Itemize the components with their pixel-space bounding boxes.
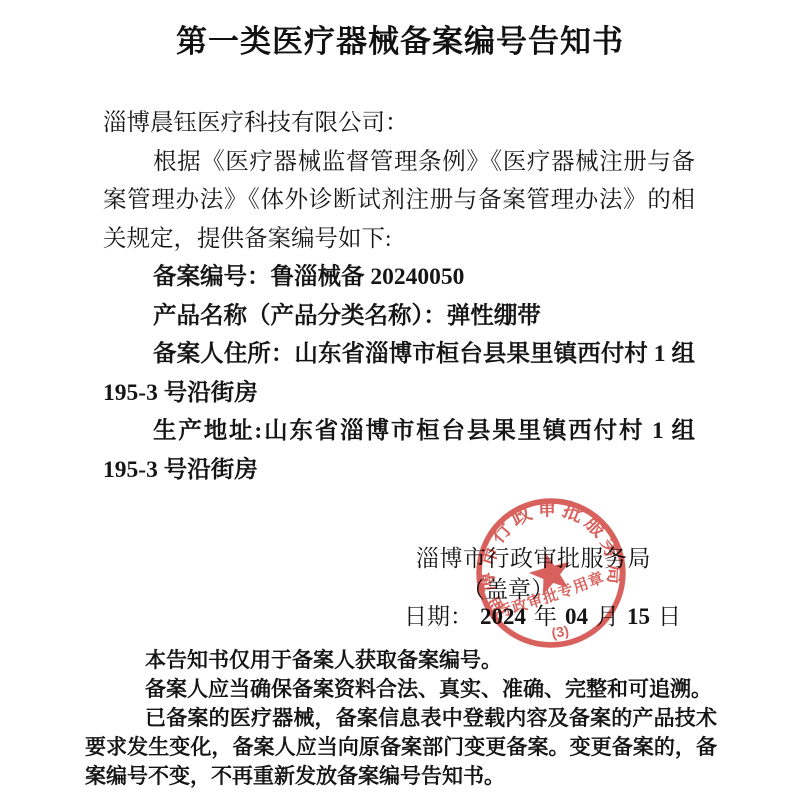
document-body: 淄博晨钰医疗科技有限公司： 根据《医疗器械监督管理条例》《医疗器械注册与备案管理… xyxy=(103,104,695,489)
field-product-name: 产品名称（产品分类名称）：弹性绷带 xyxy=(103,297,695,336)
intro-paragraph: 根据《医疗器械监督管理条例》《医疗器械注册与备案管理办法》《体外诊断试剂注册与备… xyxy=(103,143,695,259)
note-line-1: 本告知书仅用于备案人获取备案编号。 xyxy=(85,646,717,675)
seal-number: (3) xyxy=(550,623,570,642)
date-day: 15 xyxy=(627,604,650,629)
field-production-address: 生产地址:山东省淄博市桓台县果里镇西付村 1 组 195-3 号沿街房 xyxy=(103,412,695,489)
note-line-2: 备案人应当确保备案资料合法、真实、准确、完整和可追溯。 xyxy=(85,675,717,704)
date-label: 日期： xyxy=(404,604,473,629)
official-seal-stamp-icon: 淄博市行政审批服务局 行政审批专用章 (3) xyxy=(474,496,628,650)
page-title: 第一类医疗器械备案编号告知书 xyxy=(0,16,800,61)
notification-document: 第一类医疗器械备案编号告知书 淄博晨钰医疗科技有限公司： 根据《医疗器械监督管理… xyxy=(0,0,800,800)
field-registrant-address: 备案人住所：山东省淄博市桓台县果里镇西付村 1 组 195-3 号沿街房 xyxy=(103,335,695,412)
note-line-3: 已备案的医疗器械，备案信息表中登载内容及备案的产品技术要求发生变化，备案人应当向… xyxy=(85,704,717,791)
field-record-number: 备案编号：鲁淄械备 20240050 xyxy=(103,258,695,297)
date-day-unit: 日 xyxy=(658,604,681,629)
recipient-line: 淄博晨钰医疗科技有限公司： xyxy=(103,104,695,143)
footer-notes: 本告知书仅用于备案人获取备案编号。 备案人应当确保备案资料合法、真实、准确、完整… xyxy=(85,646,717,791)
